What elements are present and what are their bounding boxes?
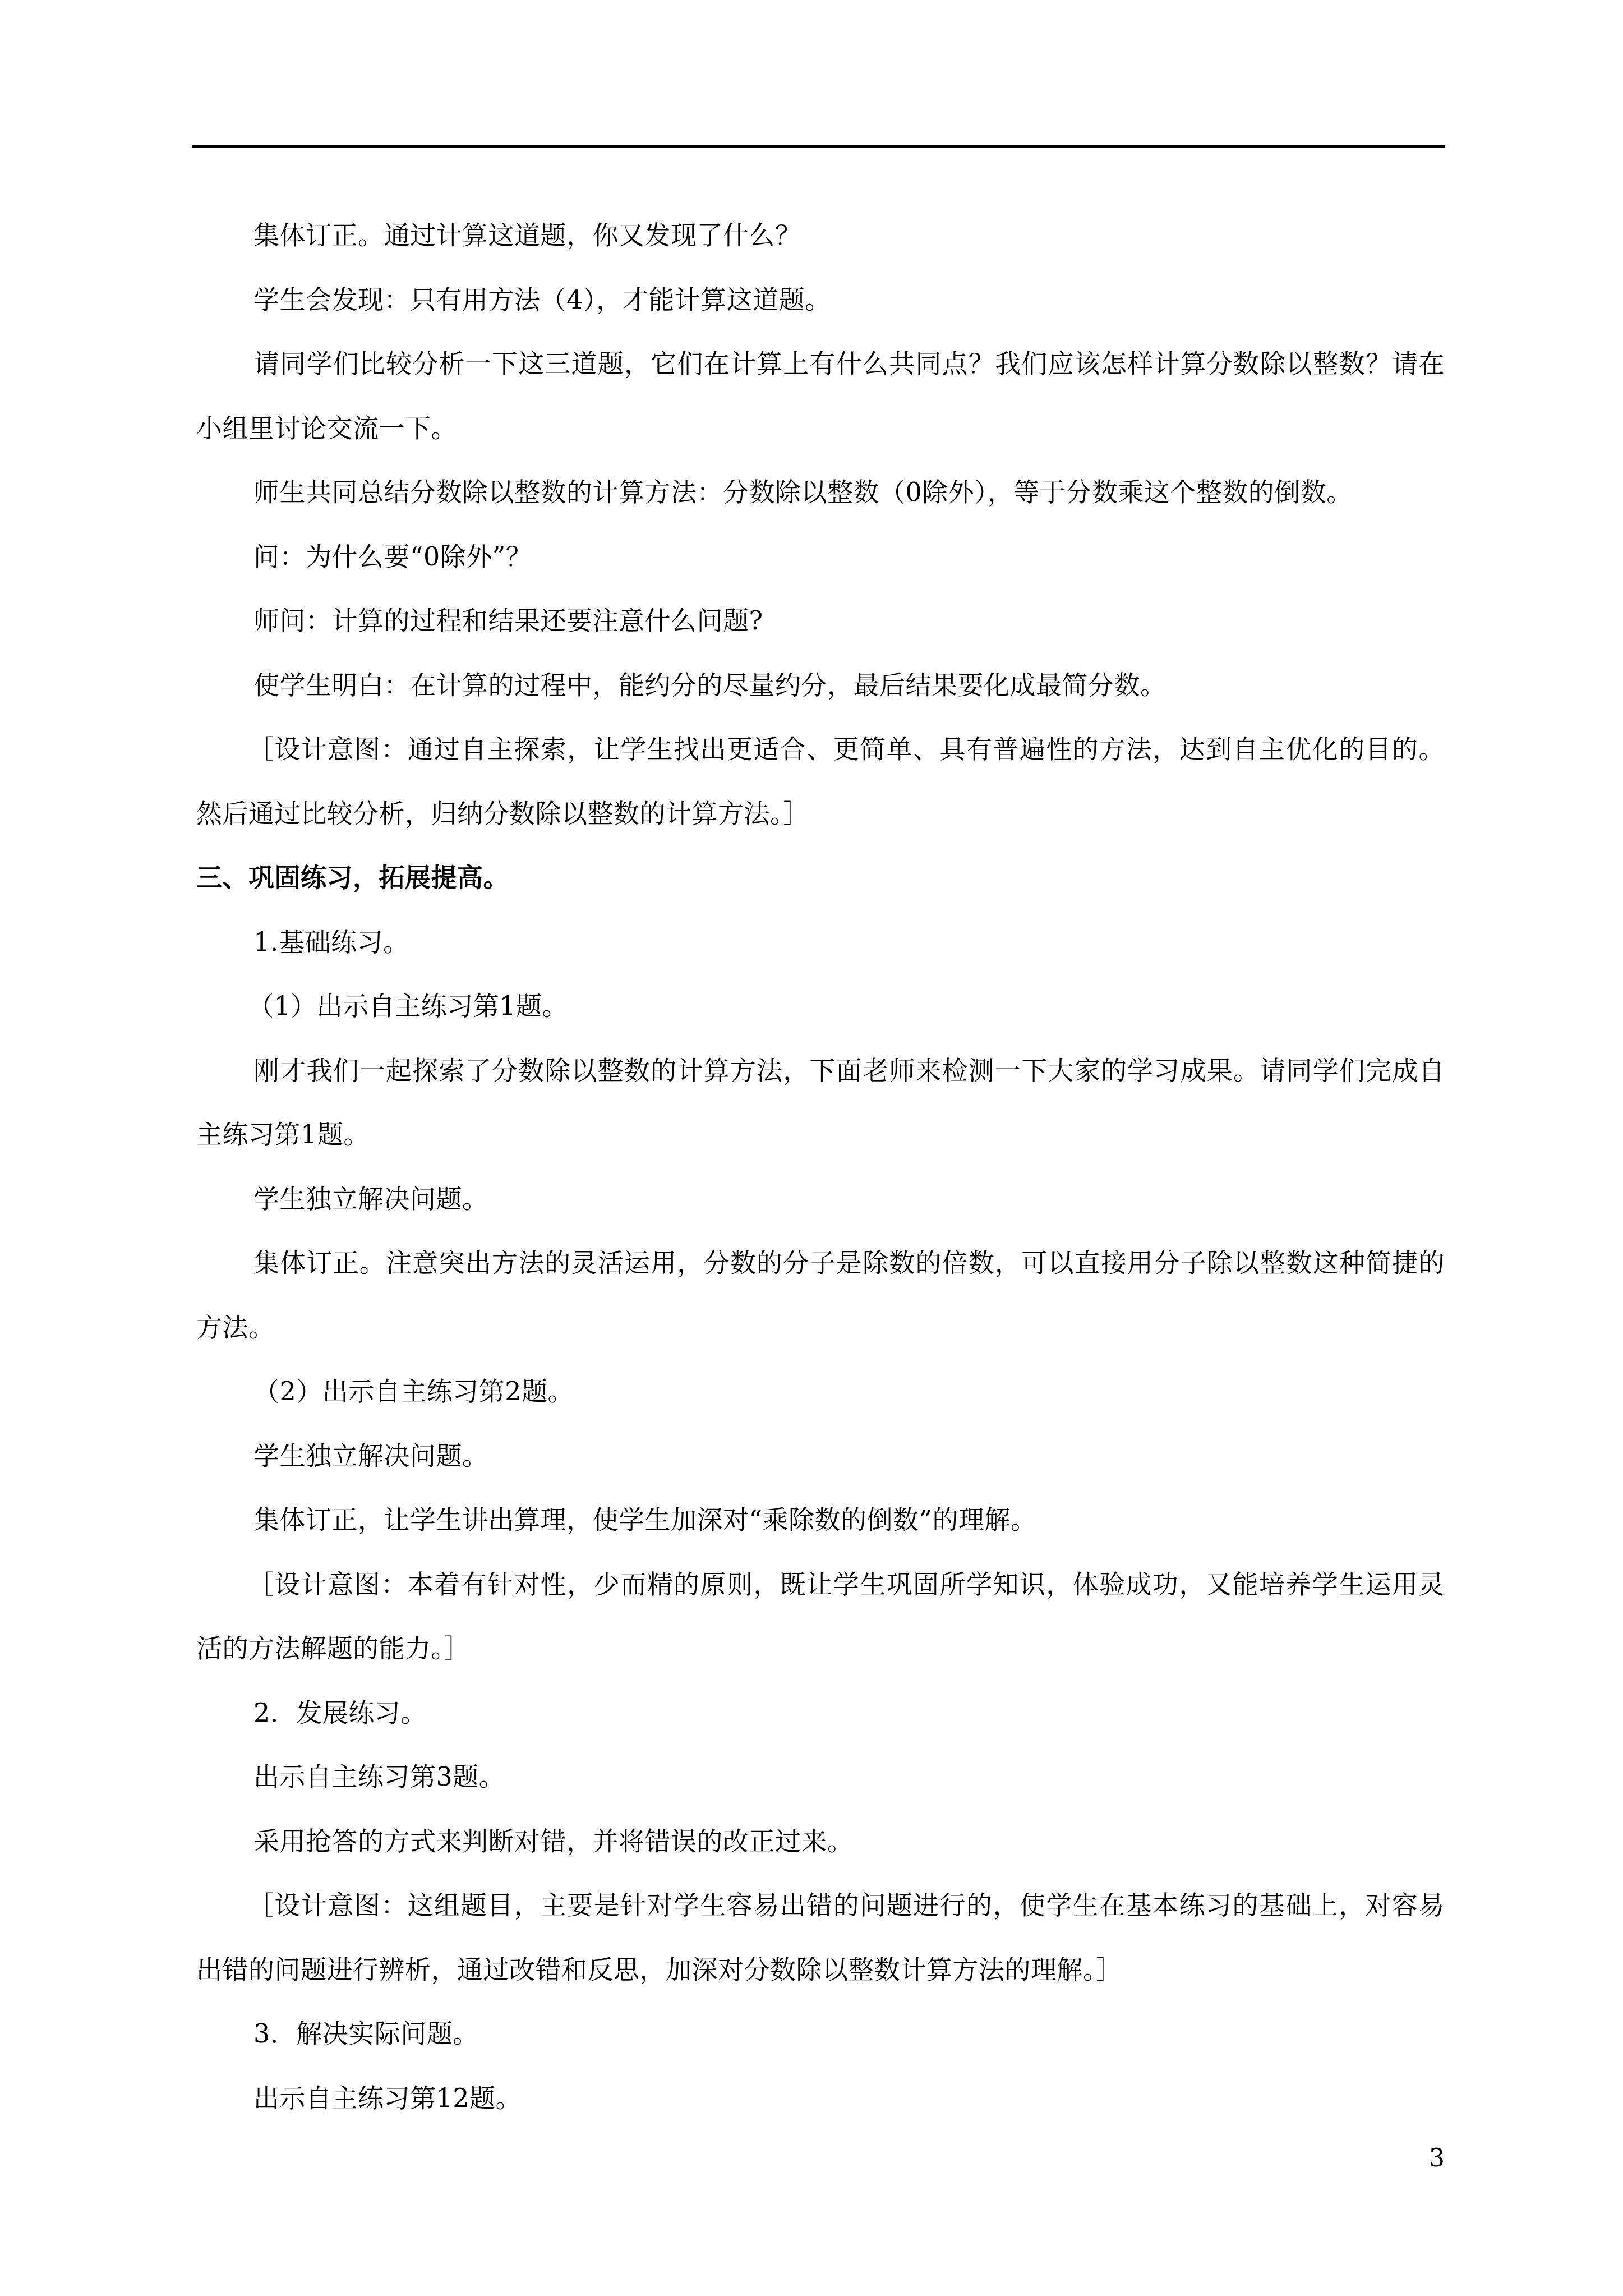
paragraph-correction-question: 集体订正。通过计算这道题，你又发现了什么？	[196, 203, 1445, 268]
paragraph-independent-solve-1: 学生独立解决问题。	[196, 1167, 1445, 1231]
item-exercise-3: 出示自主练习第3题。	[196, 1745, 1445, 1809]
paragraph-student-understanding: 使学生明白：在计算的过程中，能约分的尽量约分，最后结果要化成最简分数。	[196, 653, 1445, 717]
page-number: 3	[1429, 2142, 1445, 2175]
paragraph-independent-solve-2: 学生独立解决问题。	[196, 1424, 1445, 1488]
item-exercise-1: （1）出示自主练习第1题。	[196, 974, 1445, 1038]
design-intent-note-2: ［设计意图：本着有针对性，少而精的原则，既让学生巩固所学知识，体验成功，又能培养…	[196, 1552, 1445, 1681]
paragraph-quick-answer: 采用抢答的方式来判断对错，并将错误的改正过来。	[196, 1809, 1445, 1874]
subheading-development-practice: 2．发展练习。	[196, 1681, 1445, 1745]
paragraph-correction-flexible: 集体订正。注意突出方法的灵活运用，分数的分子是除数的倍数，可以直接用分子除以整数…	[196, 1231, 1445, 1359]
item-exercise-12: 出示自主练习第12题。	[196, 2066, 1445, 2131]
subheading-basic-practice: 1.基础练习。	[196, 910, 1445, 974]
section-heading-consolidation: 三、巩固练习，拓展提高。	[196, 845, 1445, 910]
paragraph-teacher-question: 师问：计算的过程和结果还要注意什么问题?	[196, 588, 1445, 653]
subheading-practical-problems: 3．解决实际问题。	[196, 2001, 1445, 2066]
item-exercise-2: （2）出示自主练习第2题。	[196, 1359, 1445, 1424]
design-intent-note-3: ［设计意图：这组题目，主要是针对学生容易出错的问题进行的，使学生在基本练习的基础…	[196, 1873, 1445, 2001]
paragraph-why-zero-excluded: 问：为什么要“0除外”？	[196, 524, 1445, 589]
paragraph-exercise-1-intro: 刚才我们一起探索了分数除以整数的计算方法，下面老师来检测一下大家的学习成果。请同…	[196, 1038, 1445, 1167]
paragraph-correction-reciprocal: 集体订正，让学生讲出算理，使学生加深对“乘除数的倒数”的理解。	[196, 1488, 1445, 1552]
design-intent-note-1: ［设计意图：通过自主探索，让学生找出更适合、更简单、具有普遍性的方法，达到自主优…	[196, 717, 1445, 845]
paragraph-student-finding: 学生会发现：只有用方法（4），才能计算这道题。	[196, 268, 1445, 332]
paragraph-method-summary: 师生共同总结分数除以整数的计算方法：分数除以整数（0除外），等于分数乘这个整数的…	[196, 460, 1445, 524]
document-body: 集体订正。通过计算这道题，你又发现了什么？ 学生会发现：只有用方法（4），才能计…	[196, 203, 1445, 2130]
paragraph-compare-analysis: 请同学们比较分析一下这三道题，它们在计算上有什么共同点？我们应该怎样计算分数除以…	[196, 332, 1445, 460]
header-rule	[192, 145, 1445, 148]
